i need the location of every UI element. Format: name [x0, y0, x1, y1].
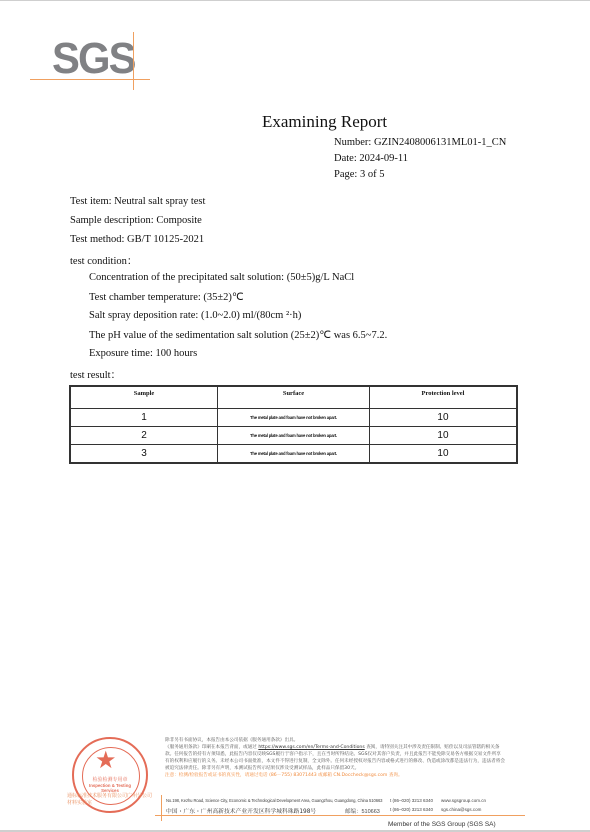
postcode-chinese: 邮编：510663 — [345, 807, 380, 815]
cell-surface: The metal plate and foam have not broken… — [218, 445, 370, 464]
report-title: Examining Report — [262, 112, 387, 132]
test-condition-label: test condition： — [70, 253, 137, 268]
condition-ph: The pH value of the sedimentation salt s… — [89, 329, 387, 341]
address-english: No.198, Kezhu Road, Science City, Econom… — [166, 798, 382, 803]
cell-sample: 3 — [70, 445, 218, 464]
test-method: Test method: GB/T 10125-2021 — [70, 234, 204, 245]
table-header-row: Sample Surface Protection level — [70, 386, 517, 409]
authenticity-notice: 注意：检测/检验报告或证书的真实性，请通过电话 (86－755) 8307144… — [165, 773, 403, 778]
phone-1: t (86–020) 3213 6340 — [390, 798, 433, 803]
table-row: 2 The metal plate and foam have not brok… — [70, 427, 517, 445]
disclaimer-line-1: 除非另有书面协议，本报告由本公司依据《服务通用条款》出具。 — [165, 738, 298, 743]
stamp-cn-text: 检验检测专用章 — [86, 776, 134, 783]
test-result-label: test result： — [70, 367, 121, 382]
table-row: 3 The metal plate and foam have not brok… — [70, 445, 517, 464]
cell-level: 10 — [369, 409, 517, 427]
table-row: 1 The metal plate and foam have not brok… — [70, 409, 517, 427]
cell-surface: The metal plate and foam have not broken… — [218, 427, 370, 445]
header-sample: Sample — [70, 386, 218, 409]
logo-guide-horizontal — [30, 79, 150, 80]
address-chinese: 中国・广东・广州高新技术产业开发区科学城科珠路198号 — [166, 806, 316, 815]
condition-concentration: Concentration of the precipitated salt s… — [89, 272, 354, 283]
results-table: Sample Surface Protection level 1 The me… — [69, 385, 518, 464]
footer-guide-horizontal — [155, 815, 525, 816]
condition-exposure-time: Exposure time: 100 hours — [89, 348, 197, 359]
disclaimer-text-a: 《服务通用条款》印刷在本报告背面，或通过 — [165, 745, 258, 750]
report-date: Date: 2024-09-11 — [334, 153, 408, 164]
condition-deposition-rate: Salt spray deposition rate: (1.0~2.0) ml… — [89, 310, 301, 321]
condition-temperature: Test chamber temperature: (35±2)℃ — [89, 291, 244, 303]
email[interactable]: sgs.china@sgs.com — [441, 807, 481, 812]
cell-sample: 1 — [70, 409, 218, 427]
website[interactable]: www.sgsgroup.com.cn — [441, 798, 486, 803]
stamp-side-line-2: 材料实验室 — [67, 800, 152, 807]
legal-disclaimer: 除非另有书面协议，本报告由本公司依据《服务通用条款》出具。 《服务通用条款》印刷… — [165, 737, 505, 780]
logo-guide-vertical — [133, 32, 134, 90]
sgs-logo-text: SGS — [52, 34, 135, 84]
member-statement: Member of the SGS Group (SGS SA) — [388, 821, 496, 828]
cell-level: 10 — [369, 427, 517, 445]
cell-level: 10 — [369, 445, 517, 464]
cell-surface: The metal plate and foam have not broken… — [218, 409, 370, 427]
cell-sample: 2 — [70, 427, 218, 445]
stamp-side-text: 通标标准技术服务有限公司广州分公司 材料实验室 — [67, 793, 152, 807]
sgs-logo: SGS — [30, 32, 150, 90]
report-number: Number: GZIN2408006131ML01-1_CN — [334, 137, 506, 148]
header-surface: Surface — [218, 386, 370, 409]
report-page: Page: 3 of 5 — [334, 169, 384, 180]
footer-guide-vertical — [161, 795, 162, 821]
header-protection-level: Protection level — [369, 386, 517, 409]
top-border — [0, 0, 590, 1]
terms-link[interactable]: https://www.sgs.com/en/Terms-and-Conditi… — [258, 745, 364, 750]
stamp-en-text: Inspection & Testing Services — [80, 783, 140, 793]
stamp-side-line-1: 通标标准技术服务有限公司广州分公司 — [67, 793, 152, 800]
sample-description: Sample description: Composite — [70, 215, 202, 226]
phone-2: t (86–020) 3213 6340 — [390, 807, 433, 812]
test-item: Test item: Neutral salt spray test — [70, 196, 205, 207]
star-icon: ★ — [95, 749, 117, 773]
